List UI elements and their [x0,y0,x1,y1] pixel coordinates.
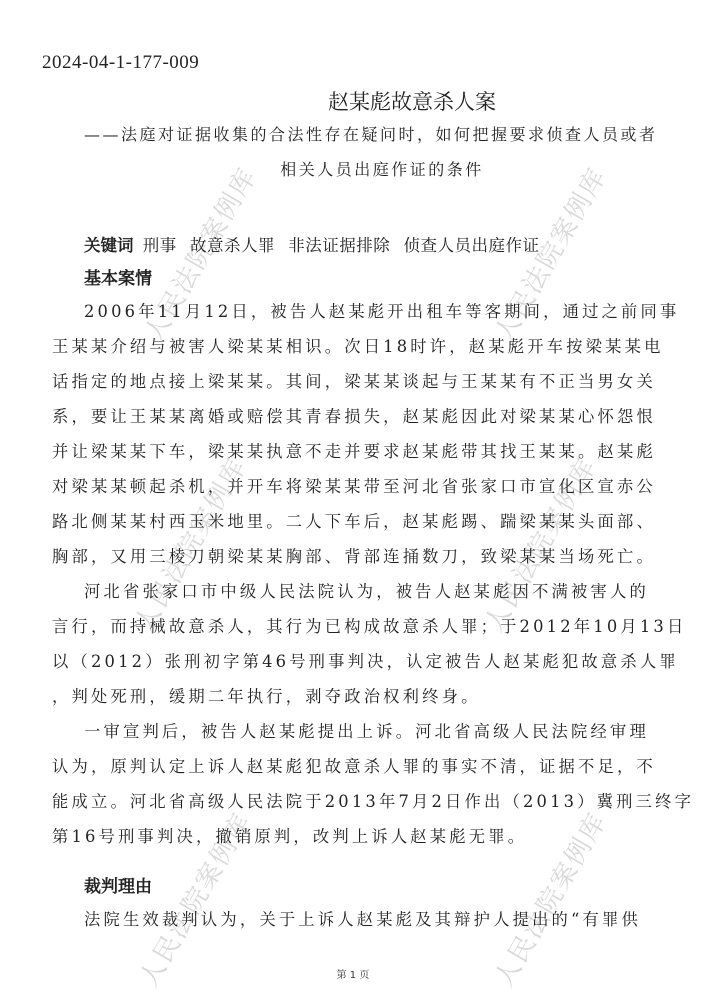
page-number: 第 1 页 [0,966,706,981]
paragraph-line: 认为，原判认定上诉人赵某彪犯故意杀人罪的事实不清，证据不足，不 [52,753,656,777]
document-page: 人民法院案例库 人民法院案例库 人民法院案例库 人民法院案例库 人民法院案例库 … [0,0,706,999]
document-subtitle-line2: 相关人员出庭作证的条件 [0,157,706,180]
keyword: 侦查人员出庭作证 [404,236,540,255]
paragraph-line: 能成立。河北省高级人民法院于2013年7月2日作出（2013）冀刑三终字 [52,788,694,812]
document-title: 赵某彪故意杀人案 [0,86,706,116]
paragraph-line: 河北省张家口市中级人民法院认为，被告人赵某彪因不满被害人的 [84,578,649,602]
keyword: 故意杀人罪 [190,236,275,255]
section-heading-reasoning: 裁判理由 [84,872,152,897]
paragraph-line: 对梁某某顿起杀机，并开车将梁某某带至河北省张家口市宣化区宣赤公 [52,473,656,497]
paragraph-line: 并让梁某某下车，梁某某执意不走并要求赵某彪带其找王某某。赵某彪 [52,438,656,462]
paragraph-line: 第16号刑事判决，撤销原判，改判上诉人赵某彪无罪。 [52,823,527,847]
paragraph-line: 法院生效裁判认为，关于上诉人赵某彪及其辩护人提出的“有罪供 [84,906,641,930]
paragraph-line: 2006年11月12日，被告人赵某彪开出租车等客期间，通过之前同事 [84,298,680,322]
document-subtitle-line1: ——法庭对证据收集的合法性存在疑问时，如何把握要求侦查人员或者 [84,122,658,145]
section-heading-basic-facts: 基本案情 [84,264,152,289]
paragraph-line: ，判处死刑，缓期二年执行，剥夺政治权利终身。 [52,683,481,707]
keywords-row: 关键词 刑事 故意杀人罪 非法证据排除 侦查人员出庭作证 [84,232,548,256]
paragraph-line: 路北侧某某村西玉米地里。二人下车后，赵某彪踢、踹梁某某头面部、 [52,508,656,532]
paragraph-line: 言行，而持械故意杀人，其行为已构成故意杀人罪；于2012年10月13日 [52,613,686,637]
keyword: 非法证据排除 [288,236,390,255]
paragraph-line: 系，要让王某某离婚或赔偿其青春损失，赵某彪因此对梁某某心怀怨恨 [52,403,656,427]
keywords-label: 关键词 [84,236,134,255]
case-number: 2024-04-1-177-009 [42,52,199,74]
paragraph-line: 话指定的地点接上梁某某。其间，梁某某谈起与王某某有不正当男女关 [52,368,656,392]
paragraph-line: 以（2012）张刑初字第46号刑事判决，认定被告人赵某彪犯故意杀人罪 [52,648,679,672]
keyword: 刑事 [143,236,177,255]
paragraph-line: 王某某介绍与被害人梁某某相识。次日18时许，赵某彪开车按梁某某电 [52,333,664,357]
paragraph-line: 一审宣判后，被告人赵某彪提出上诉。河北省高级人民法院经审理 [84,718,649,742]
paragraph-line: 胸部，又用三棱刀朝梁某某胸部、背部连捅数刀，致梁某某当场死亡。 [52,543,656,567]
